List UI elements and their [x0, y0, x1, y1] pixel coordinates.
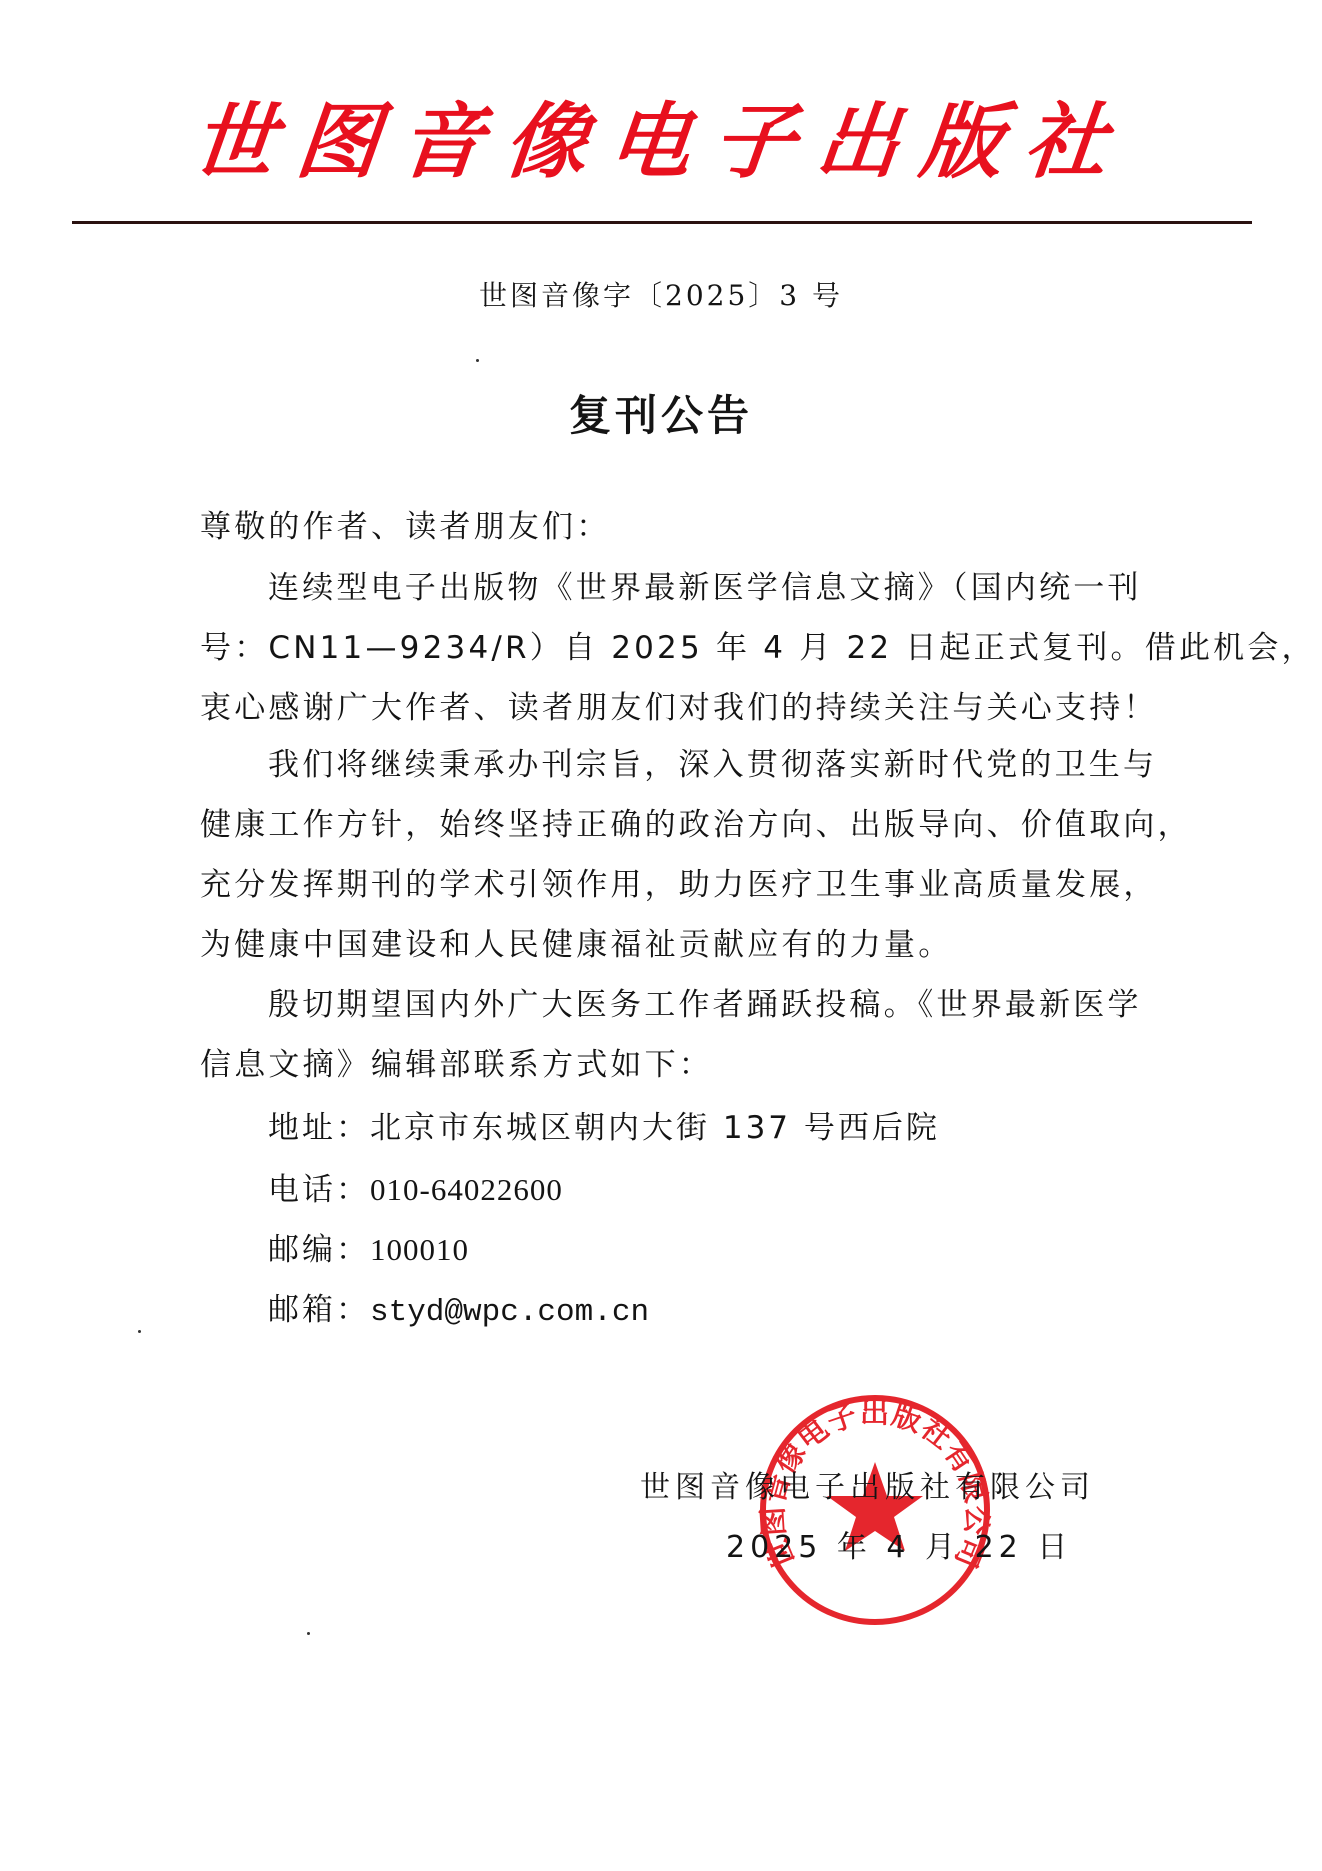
contact-address-label: 地址：: [268, 1110, 370, 1146]
paragraph-3-line-1: 殷切期望国内外广大医务工作者踊跃投稿。《世界最新医学: [268, 985, 1140, 1025]
contact-phone-label: 电话：: [268, 1172, 370, 1208]
contact-email: 邮箱：styd@wpc.com.cn: [268, 1290, 649, 1333]
contact-postcode-value: 100010: [370, 1232, 469, 1267]
paragraph-2-line-2: 健康工作方针，始终坚持正确的政治方向、出版导向、价值取向，: [200, 805, 1140, 845]
salutation: 尊敬的作者、读者朋友们：: [200, 507, 1140, 547]
contact-postcode: 邮编：100010: [268, 1230, 469, 1270]
paragraph-2-line-1: 我们将继续秉承办刊宗旨，深入贯彻落实新时代党的卫生与: [268, 745, 1140, 785]
contact-postcode-label: 邮编：: [268, 1232, 370, 1268]
official-seal: 世图音像电子出版社有限公司: [757, 1392, 993, 1628]
contact-email-label: 邮箱：: [268, 1292, 370, 1328]
seal-stamp-icon: 世图音像电子出版社有限公司: [757, 1392, 993, 1628]
signature-organization: 世图音像电子出版社有限公司: [640, 1468, 1095, 1508]
signature-date: 2025 年 4 月 22 日: [726, 1528, 1072, 1568]
paragraph-1-line-1: 连续型电子出版物《世界最新医学信息文摘》（国内统一刊: [268, 568, 1140, 608]
scan-speck: [476, 359, 479, 362]
header-divider: [72, 221, 1252, 224]
contact-email-value: styd@wpc.com.cn: [370, 1295, 649, 1330]
paragraph-2-line-4: 为健康中国建设和人民健康福祉贡献应有的力量。: [200, 925, 1140, 965]
scan-speck: [307, 1632, 310, 1635]
paragraph-1-line-2: 号：CN11—9234/R）自 2025 年 4 月 22 日起正式复刊。借此机…: [200, 628, 1140, 668]
contact-phone-value: 010-64022600: [370, 1172, 563, 1207]
paragraph-1-line-3: 衷心感谢广大作者、读者朋友们对我们的持续关注与关心支持！: [200, 688, 1140, 728]
paragraph-3-line-2: 信息文摘》编辑部联系方式如下：: [200, 1045, 1140, 1085]
contact-phone: 电话：010-64022600: [268, 1170, 563, 1210]
page-title: 复刊公告: [0, 388, 1322, 444]
paragraph-2-line-3: 充分发挥期刊的学术引领作用，助力医疗卫生事业高质量发展，: [200, 865, 1140, 905]
contact-address-value: 北京市东城区朝内大街 137 号西后院: [370, 1110, 940, 1146]
publisher-masthead: 世图音像电子出版社: [0, 92, 1322, 192]
document-number: 世图音像字〔2025〕3 号: [0, 276, 1322, 316]
scan-speck: [138, 1330, 141, 1333]
contact-address: 地址：北京市东城区朝内大街 137 号西后院: [268, 1108, 940, 1148]
